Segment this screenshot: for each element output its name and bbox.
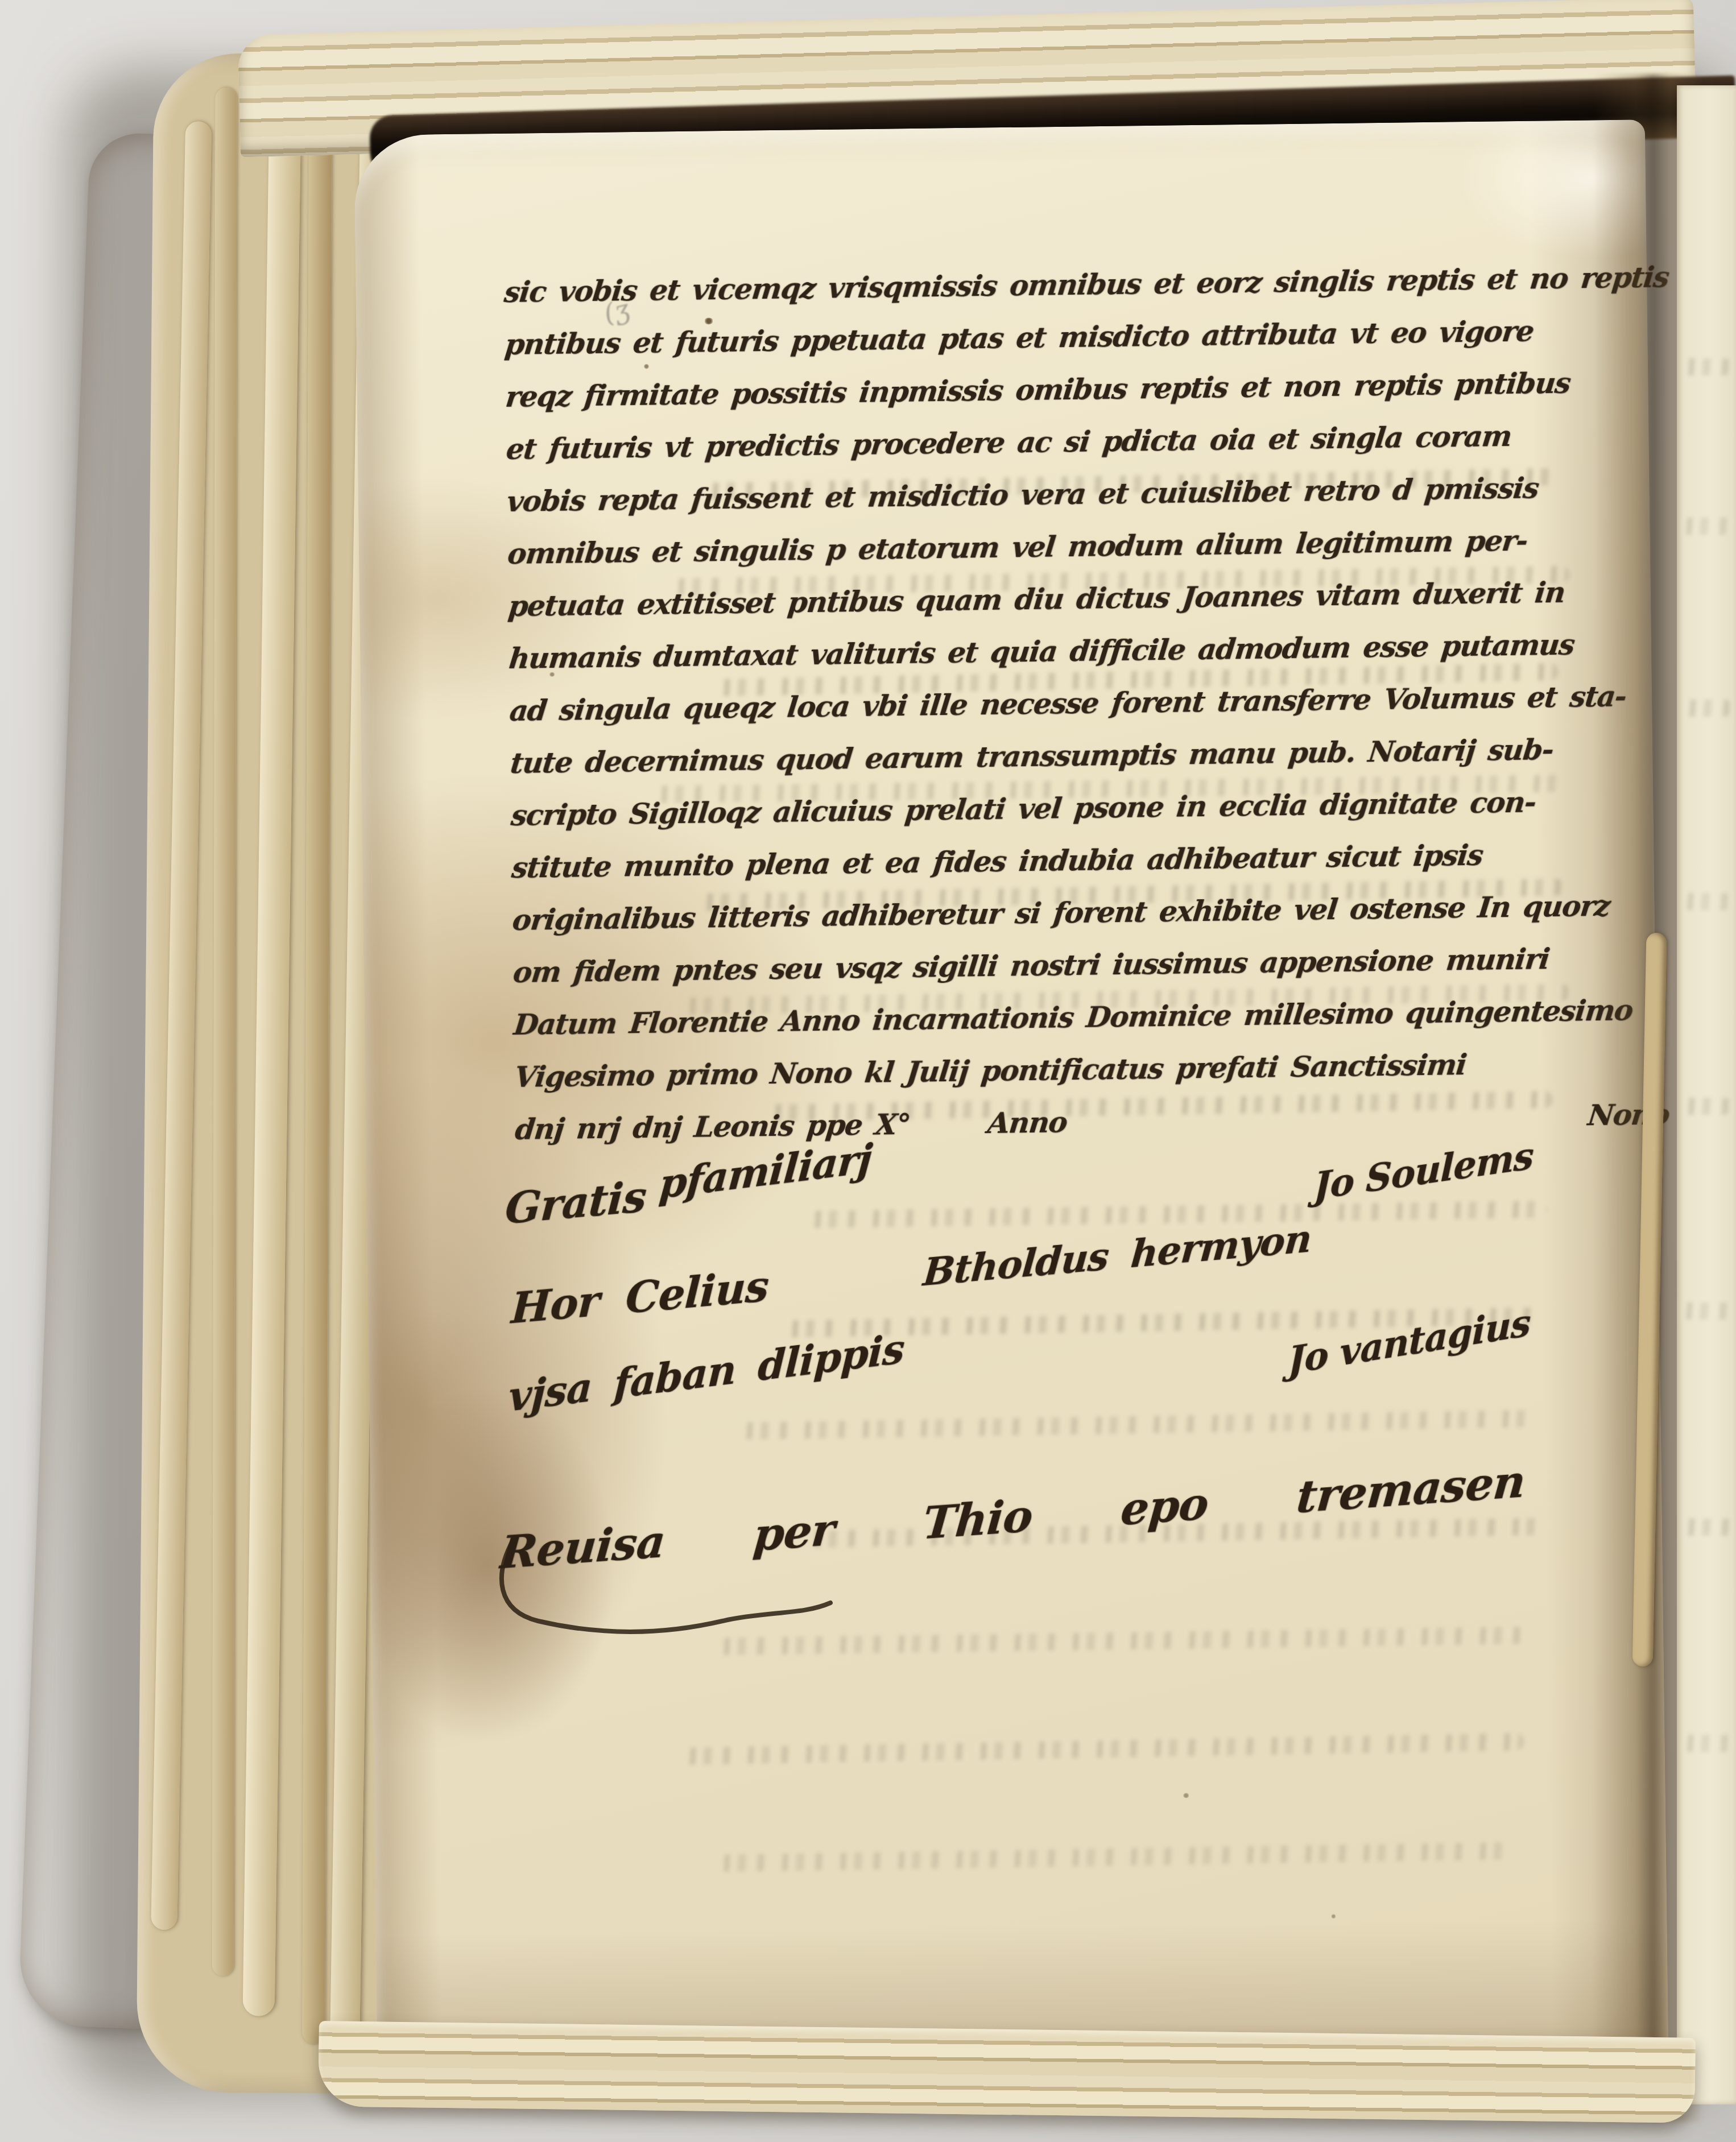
sheet-edge: [302, 64, 332, 2044]
fox-spot: [1183, 1793, 1189, 1798]
sheet-edge: [212, 88, 237, 1976]
bleed-through-line: [1679, 518, 1734, 535]
bleed-through-line: [1683, 700, 1733, 717]
facing-page: [1677, 85, 1736, 2104]
sheet-edge: [151, 121, 212, 1930]
bleed-through-line: [1681, 1098, 1733, 1115]
bleed-through-line: [1679, 1302, 1734, 1320]
latin-text-block: sic vobis et vicemqz vrisqmissis omnibus…: [504, 251, 1653, 1156]
bleed-through-line: [1681, 1519, 1734, 1536]
sheet-edge: [243, 71, 302, 2016]
bleed-through-line: [1681, 358, 1733, 375]
bleed-through-line: [1680, 1735, 1734, 1752]
bleed-through-line: [1680, 893, 1734, 910]
page-stack-bottom-edges: [318, 2021, 1696, 2123]
fox-spot: [1331, 1914, 1336, 1918]
manuscript-photo-scene: (ʒ sic vobis et vicemqz vrisqmissis omni…: [0, 0, 1736, 2142]
